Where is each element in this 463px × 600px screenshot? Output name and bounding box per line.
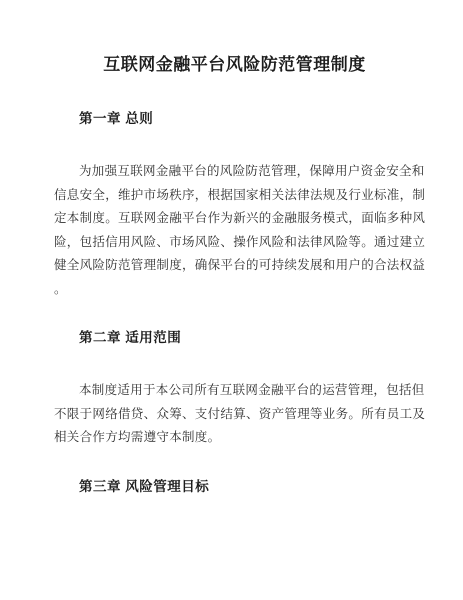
text-line: 相关合作方均需遵守本制度。 (54, 426, 415, 450)
section-risk-management-objectives: 第三章 风险管理目标 (54, 478, 415, 496)
text-line: 为加强互联网金融平台的风险防范管理，保障用户资金安全和 (54, 160, 415, 184)
section-scope-of-application: 第二章 适用范围 本制度适用于本公司所有互联网金融平台的运营管理，包括但不限于网… (54, 329, 415, 450)
section-paragraph-chapter-2: 本制度适用于本公司所有互联网金融平台的运营管理，包括但不限于网络借贷、众筹、支付… (54, 379, 415, 450)
section-paragraph-chapter-1: 为加强互联网金融平台的风险防范管理，保障用户资金安全和信息安全，维护市场秩序，根… (54, 160, 415, 301)
section-heading-chapter-2: 第二章 适用范围 (79, 329, 415, 347)
text-line: 信息安全，维护市场秩序，根据国家相关法律法规及行业标准，制 (54, 184, 415, 208)
text-line: 。 (54, 278, 415, 302)
document-title: 互联网金融平台风险防范管理制度 (54, 52, 415, 78)
text-line: 不限于网络借贷、众筹、支付结算、资产管理等业务。所有员工及 (54, 403, 415, 427)
document-content: 互联网金融平台风险防范管理制度 第一章 总则 为加强互联网金融平台的风险防范管理… (0, 0, 463, 496)
text-line: 健全风险防范管理制度，确保平台的可持续发展和用户的合法权益 (54, 254, 415, 278)
text-line: 定本制度。互联网金融平台作为新兴的金融服务模式，面临多种风 (54, 207, 415, 231)
text-line: 本制度适用于本公司所有互联网金融平台的运营管理，包括但 (54, 379, 415, 403)
text-line: 险，包括信用风险、市场风险、操作风险和法律风险等。通过建立 (54, 231, 415, 255)
section-general-provisions: 第一章 总则 为加强互联网金融平台的风险防范管理，保障用户资金安全和信息安全，维… (54, 110, 415, 301)
section-heading-chapter-1: 第一章 总则 (79, 110, 415, 128)
document-page: 互联网金融平台风险防范管理制度 第一章 总则 为加强互联网金融平台的风险防范管理… (0, 0, 463, 600)
section-heading-chapter-3: 第三章 风险管理目标 (79, 478, 415, 496)
